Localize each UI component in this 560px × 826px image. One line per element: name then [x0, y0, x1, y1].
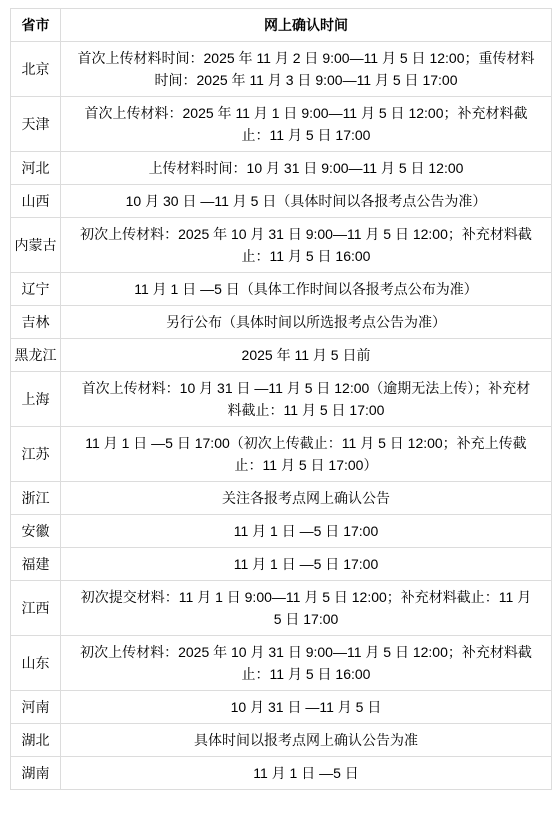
- province-cell: 天津: [11, 97, 61, 152]
- table-row: 山东 初次上传材料：2025 年 10 月 31 日 9:00—11 月 5 日…: [11, 636, 552, 691]
- table-row: 浙江 关注各报考点网上确认公告: [11, 482, 552, 515]
- page: 省市 网上确认时间 北京 首次上传材料时间：2025 年 11 月 2 日 9:…: [0, 0, 560, 790]
- province-cell: 浙江: [11, 482, 61, 515]
- province-cell: 吉林: [11, 306, 61, 339]
- time-cell: 11 月 1 日 —5 日（具体工作时间以各报考点公布为准）: [61, 273, 552, 306]
- province-cell: 河南: [11, 691, 61, 724]
- province-column-header: 省市: [11, 9, 61, 42]
- province-cell: 安徽: [11, 515, 61, 548]
- time-cell: 10 月 31 日 —11 月 5 日: [61, 691, 552, 724]
- time-column-header: 网上确认时间: [61, 9, 552, 42]
- province-cell: 江苏: [11, 427, 61, 482]
- time-cell: 11 月 1 日 —5 日 17:00（初次上传截止：11 月 5 日 12:0…: [61, 427, 552, 482]
- table-row: 江苏 11 月 1 日 —5 日 17:00（初次上传截止：11 月 5 日 1…: [11, 427, 552, 482]
- time-cell: 初次上传材料：2025 年 10 月 31 日 9:00—11 月 5 日 12…: [61, 218, 552, 273]
- table-header-row: 省市 网上确认时间: [11, 9, 552, 42]
- time-cell: 10 月 30 日 —11 月 5 日（具体时间以各报考点公告为准）: [61, 185, 552, 218]
- time-cell: 2025 年 11 月 5 日前: [61, 339, 552, 372]
- province-cell: 福建: [11, 548, 61, 581]
- time-cell: 11 月 1 日 —5 日 17:00: [61, 515, 552, 548]
- province-cell: 湖南: [11, 757, 61, 790]
- table-row: 河北 上传材料时间：10 月 31 日 9:00—11 月 5 日 12:00: [11, 152, 552, 185]
- time-cell: 初次提交材料：11 月 1 日 9:00—11 月 5 日 12:00；补充材料…: [61, 581, 552, 636]
- province-cell: 江西: [11, 581, 61, 636]
- time-cell: 上传材料时间：10 月 31 日 9:00—11 月 5 日 12:00: [61, 152, 552, 185]
- province-cell: 河北: [11, 152, 61, 185]
- table-row: 北京 首次上传材料时间：2025 年 11 月 2 日 9:00—11 月 5 …: [11, 42, 552, 97]
- time-cell: 首次上传材料时间：2025 年 11 月 2 日 9:00—11 月 5 日 1…: [61, 42, 552, 97]
- time-cell: 首次上传材料：10 月 31 日 —11 月 5 日 12:00（逾期无法上传）…: [61, 372, 552, 427]
- table-row: 安徽 11 月 1 日 —5 日 17:00: [11, 515, 552, 548]
- table-row: 湖南 11 月 1 日 —5 日: [11, 757, 552, 790]
- table-row: 天津 首次上传材料：2025 年 11 月 1 日 9:00—11 月 5 日 …: [11, 97, 552, 152]
- province-cell: 黑龙江: [11, 339, 61, 372]
- time-cell: 11 月 1 日 —5 日: [61, 757, 552, 790]
- table-row: 山西 10 月 30 日 —11 月 5 日（具体时间以各报考点公告为准）: [11, 185, 552, 218]
- confirmation-time-table: 省市 网上确认时间 北京 首次上传材料时间：2025 年 11 月 2 日 9:…: [10, 8, 552, 790]
- table-row: 吉林 另行公布（具体时间以所选报考点公告为准）: [11, 306, 552, 339]
- table-row: 福建 11 月 1 日 —5 日 17:00: [11, 548, 552, 581]
- time-cell: 具体时间以报考点网上确认公告为准: [61, 724, 552, 757]
- table-row: 内蒙古 初次上传材料：2025 年 10 月 31 日 9:00—11 月 5 …: [11, 218, 552, 273]
- time-cell: 初次上传材料：2025 年 10 月 31 日 9:00—11 月 5 日 12…: [61, 636, 552, 691]
- province-cell: 湖北: [11, 724, 61, 757]
- time-cell: 关注各报考点网上确认公告: [61, 482, 552, 515]
- province-cell: 辽宁: [11, 273, 61, 306]
- table-row: 辽宁 11 月 1 日 —5 日（具体工作时间以各报考点公布为准）: [11, 273, 552, 306]
- table-row: 湖北 具体时间以报考点网上确认公告为准: [11, 724, 552, 757]
- province-cell: 山东: [11, 636, 61, 691]
- province-cell: 山西: [11, 185, 61, 218]
- table-row: 河南 10 月 31 日 —11 月 5 日: [11, 691, 552, 724]
- province-cell: 内蒙古: [11, 218, 61, 273]
- table-row: 上海 首次上传材料：10 月 31 日 —11 月 5 日 12:00（逾期无法…: [11, 372, 552, 427]
- time-cell: 首次上传材料：2025 年 11 月 1 日 9:00—11 月 5 日 12:…: [61, 97, 552, 152]
- time-cell: 另行公布（具体时间以所选报考点公告为准）: [61, 306, 552, 339]
- time-cell: 11 月 1 日 —5 日 17:00: [61, 548, 552, 581]
- province-cell: 北京: [11, 42, 61, 97]
- table-row: 黑龙江 2025 年 11 月 5 日前: [11, 339, 552, 372]
- table-row: 江西 初次提交材料：11 月 1 日 9:00—11 月 5 日 12:00；补…: [11, 581, 552, 636]
- province-cell: 上海: [11, 372, 61, 427]
